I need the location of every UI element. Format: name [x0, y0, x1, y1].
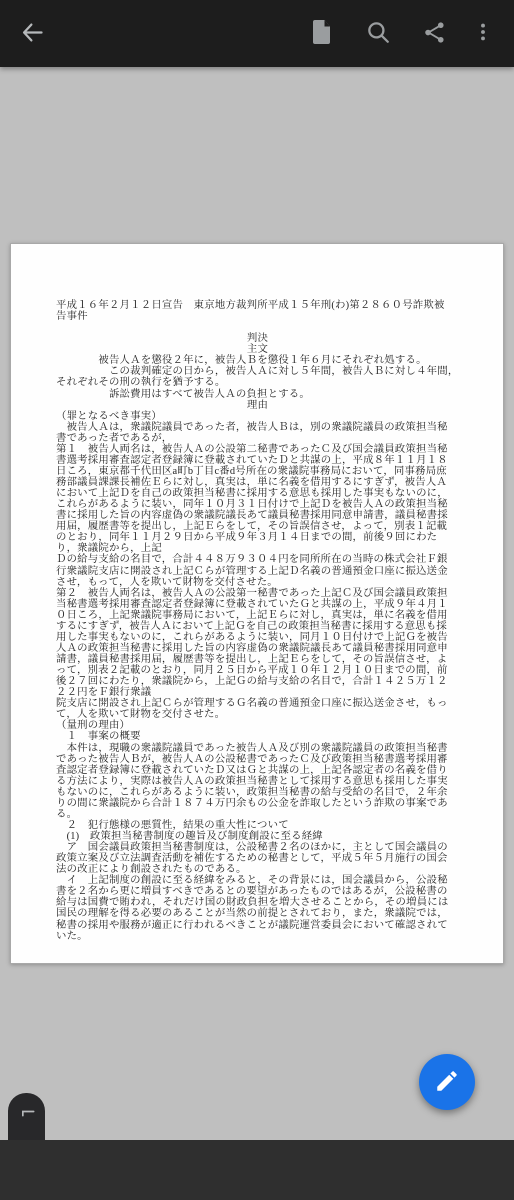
share-button[interactable]	[412, 10, 456, 58]
document-text-line: 用した事実もないのに，これらがあるように装い，同月１０日付けで上記Ｇを被告	[56, 632, 459, 643]
document-text-line: するにすぎず，被告人Ａにおいて上記Ｇを自己の政策担当秘書に採用する意思も採	[56, 621, 459, 632]
document-text-line: １ 事案の概要	[56, 731, 459, 742]
document-text-line: 日ころ，東京都千代田区a町b丁目c番d号所在の衆議院事務局において，同事務局庶	[56, 466, 459, 477]
document-text-line: させ，もって，人を欺いて財物を交付させた。	[56, 577, 459, 588]
document-text-line: 主文	[56, 344, 459, 355]
document-viewer[interactable]: 平成１６年２月１２日宣告 東京地方裁判所平成１５年刑(わ)第２８６０号詐欺被告事…	[0, 67, 514, 1140]
document-text-line: って，別表２記載のとおり，同月２５日から平成１０年１２月１０日までの間，前	[56, 665, 459, 676]
document-text-line: 判決	[56, 333, 459, 344]
document-text-line: 告事件	[56, 311, 459, 322]
document-text-line: (1) 政策担当秘書制度の趣旨及び制度創設に至る経緯	[56, 831, 459, 842]
document-text-line: Ｄの給与支給の名目で，合計４４８万９３０４円を同所所在の当時の株式会社Ｆ銀	[56, 554, 459, 565]
share-icon	[422, 20, 447, 48]
document-text-line: のとおり，同年１１月２９日から平成９年３月１４日までの間，前後９回にわた	[56, 532, 459, 543]
document-text-line: 政策立案及び立法調査活動を補佐するための秘書として，平成５年５月施行の国会	[56, 853, 459, 864]
document-text-line: 後２７回にわたり，衆議院から，上記Ｇの給与支給の名目で，合計１４２５万１２	[56, 676, 459, 687]
document-text-line: 行衆議院支店に開設され上記Ｃらが管理する上記Ｄ名義の普通預金口座に振込送金	[56, 566, 459, 577]
document-text-line: る。	[56, 809, 459, 820]
pdf-page[interactable]: 平成１６年２月１２日宣告 東京地方裁判所平成１５年刑(わ)第２８６０号詐欺被告事…	[10, 243, 504, 964]
edit-fab-button[interactable]	[419, 1054, 475, 1110]
document-text-line: 当秘書選考採用審査認定者登録簿に登載されていたＧと共謀の上，平成９年４月１	[56, 599, 459, 610]
page-corner-icon	[17, 1104, 37, 1129]
pdf-viewer-screen: 平成１６年２月１２日宣告 東京地方裁判所平成１５年刑(わ)第２８６０号詐欺被告事…	[0, 0, 514, 1200]
document-text-line: 請書，議員秘書採用届，履歴書等を提出し，上記Ｅらをして，その旨誤信させ，よ	[56, 654, 459, 665]
document-text-line: いた。	[56, 931, 459, 942]
document-text-line: ２ 犯行態様の悪質性，結果の重大性について	[56, 820, 459, 831]
document-text-line: （罪となるべき事実）	[56, 411, 459, 422]
document-text-line: 第２ 被告人両名は，被告人Ａの公設第一秘書であった上記Ｃ及び国会議員政策担	[56, 588, 459, 599]
document-text-line: 給与は国費で賄われ，それだけ国の財政負担を増大させることから，その増員には	[56, 897, 459, 908]
document-text-line: 務部議員課課長補佐Ｅらに対し，真実は，単に名義を借用するにすぎず，被告人Ａ	[56, 477, 459, 488]
document-text-line: て，人を欺いて財物を交付させた。	[56, 709, 459, 720]
document-text-line: 査認定者登録簿に登載されていたＤ又はＧと共謀の上，上記各認定者の名義を借り	[56, 765, 459, 776]
bottom-nav-bar	[0, 1140, 514, 1200]
document-text-line: 理由	[56, 400, 459, 411]
document-text-line: 被告人Ａは，衆議院議員であった者，被告人Ｂは，別の衆議院議員の政策担当秘	[56, 422, 459, 433]
document-text-line: 訴訟費用はすべて被告人Ａの負担とする。	[56, 389, 459, 400]
page-indicator-tab[interactable]	[8, 1093, 45, 1140]
document-text-line: において上記Ｄを自己の政策担当秘書に採用する意思も採用した事実もないのに，	[56, 488, 459, 499]
overflow-menu-button[interactable]	[466, 10, 500, 58]
document-text-line: り，衆議院から，上記	[56, 543, 459, 554]
document-text-line: 書に採用した旨の内容虚偽の衆議院議長あて議員秘書採用同意申請書，議員秘書採	[56, 510, 459, 521]
document-text-line: もないのに，これらがあるように装い，政策担当秘書の給与受給の名目で，２年余	[56, 787, 459, 798]
document-text-line: それぞれその刑の執行を猶予する。	[56, 377, 459, 388]
document-text-line: 人Ａの政策担当秘書に採用した旨の内容虚偽の衆議院議長あて議員秘書採用同意申	[56, 643, 459, 654]
document-text-line: この裁判確定の日から，被告人Ａに対し５年間，被告人Ｂに対し４年間，	[56, 366, 459, 377]
document-text-line: 秘書の採用や服務が適正に行われるべきことが議院運営委員会において確認されて	[56, 920, 459, 931]
back-button[interactable]	[10, 10, 54, 58]
document-text-line: ０日ころ，上記衆議院事務局において，上記Ｅらに対し，真実は，単に名義を借用	[56, 610, 459, 621]
document-text-line: りの間に衆議院から合計１８７４万円余もの公金を詐取したという詐欺の事案であ	[56, 798, 459, 809]
document-text-line: ア 国会議員政策担当秘書制度は，公設秘書２名のほかに，主として国会議員の	[56, 842, 459, 853]
top-app-bar	[0, 0, 514, 67]
document-text-line: 用届，履歴書等を提出し，上記Ｅらをして，その旨誤信させ，よって，別表１記載	[56, 521, 459, 532]
document-text-line: 書を２名から更に増員すべきであるとの要望があったものではあるが，公設秘書の	[56, 886, 459, 897]
document-text-line: 書選考採用審査認定者登録簿に登載されていたＤと共謀の上，平成８年１１月１８	[56, 455, 459, 466]
document-text-line: 本件は，現職の衆議院議員であった被告人Ａ及び別の衆議院議員の政策担当秘書	[56, 743, 459, 754]
document-text-line: であった被告人Ｂが，被告人Ａの公設秘書であったＣ及び政策担当秘書選考採用審	[56, 754, 459, 765]
document-text-line: 被告人Ａを懲役２年に，被告人Ｂを懲役１年６月にそれぞれ処する。	[56, 355, 459, 366]
document-text-line: イ 上記制度の創設に至る経緯をみると，その背景には，国会議員から，公設秘	[56, 875, 459, 886]
overflow-menu-icon	[472, 20, 494, 47]
document-text-line: 院支店に開設され上記Ｃらが管理するＧ名義の普通預金口座に振込送金させ，もっ	[56, 698, 459, 709]
document-icon	[310, 19, 334, 48]
document-pages-button[interactable]	[300, 10, 344, 58]
document-text-line: これらがあるように装い，同年１０月３１日付けで上記Ｄを被告人Ａの政策担当秘	[56, 499, 459, 510]
document-text: 平成１６年２月１２日宣告 東京地方裁判所平成１５年刑(わ)第２８６０号詐欺被告事…	[56, 300, 459, 942]
document-text-line: ２２円をＦ銀行衆議	[56, 687, 459, 698]
document-text-line: 国民の理解を得る必要のあることが当然の前提とされており，また，衆議院では，	[56, 908, 459, 919]
search-button[interactable]	[356, 10, 400, 58]
document-text-line	[56, 322, 459, 333]
document-text-line: 第１ 被告人両名は，被告人Ａの公設第二秘書であったＣ及び国会議員政策担当秘	[56, 444, 459, 455]
document-text-line: る方法により，実際は被告人Ａの政策担当秘書として採用する意思も採用した事実	[56, 776, 459, 787]
document-text-line: 法の改正により創設されたものである。	[56, 864, 459, 875]
search-icon	[365, 19, 391, 48]
document-text-line: （量刑の理由）	[56, 720, 459, 731]
document-text-line: 書であった者であるが，	[56, 433, 459, 444]
pencil-icon	[434, 1068, 460, 1097]
document-text-line: 平成１６年２月１２日宣告 東京地方裁判所平成１５年刑(わ)第２８６０号詐欺被	[56, 300, 459, 311]
back-arrow-icon	[19, 19, 46, 49]
